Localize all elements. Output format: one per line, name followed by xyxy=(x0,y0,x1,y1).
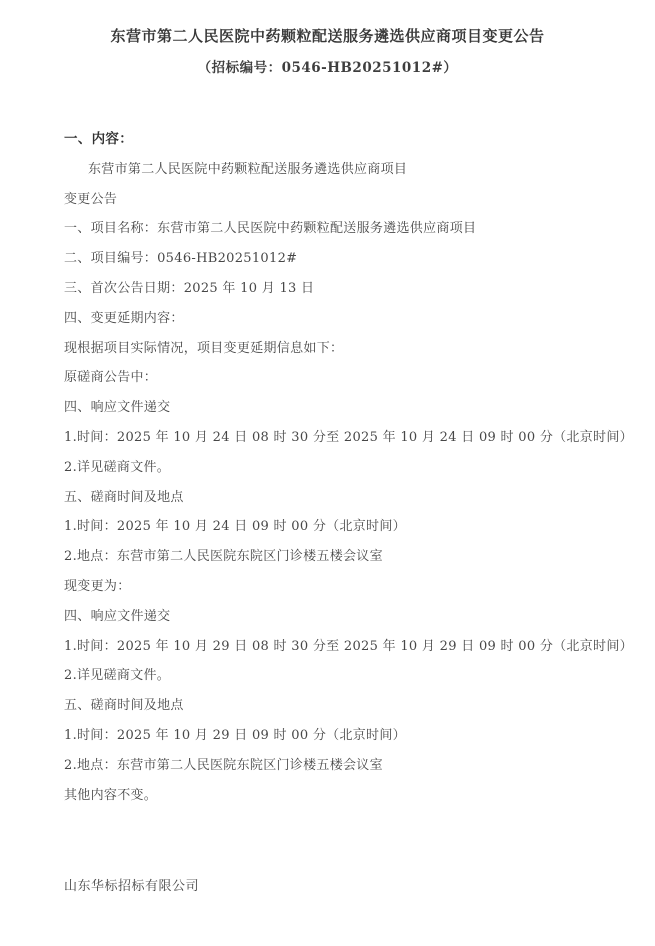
document-line: 东营市第二人民医院中药颗粒配送服务遴选供应商项目 xyxy=(64,155,607,185)
tender-number: （招标编号：0546-HB20251012#） xyxy=(0,58,655,78)
document-body: 一、内容：东营市第二人民医院中药颗粒配送服务遴选供应商项目变更公告一、项目名称：… xyxy=(64,125,607,810)
document-line: 2.详见磋商文件。 xyxy=(64,661,607,691)
document-line: 原磋商公告中： xyxy=(64,363,607,393)
document-line: 现根据项目实际情况，项目变更延期信息如下： xyxy=(64,334,607,364)
footer-company-name: 山东华标招标有限公司 xyxy=(64,877,199,897)
document-line: 变更公告 xyxy=(64,185,607,215)
document-line: 一、项目名称：东营市第二人民医院中药颗粒配送服务遴选供应商项目 xyxy=(64,214,607,244)
document-line: 2.详见磋商文件。 xyxy=(64,453,607,483)
document-line: 四、变更延期内容： xyxy=(64,304,607,334)
document-line: 三、首次公告日期：2025 年 10 月 13 日 xyxy=(64,274,607,304)
document-line: 四、响应文件递交 xyxy=(64,393,607,423)
document-line: 1.时间：2025 年 10 月 24 日 09 时 00 分（北京时间） xyxy=(64,512,607,542)
document-line: 其他内容不变。 xyxy=(64,781,607,811)
document-line: 一、内容： xyxy=(64,125,607,155)
document-title: 东营市第二人民医院中药颗粒配送服务遴选供应商项目变更公告 xyxy=(0,26,655,46)
document-line: 现变更为： xyxy=(64,572,607,602)
document-line: 2.地点：东营市第二人民医院东院区门诊楼五楼会议室 xyxy=(64,542,607,572)
document-line: 1.时间：2025 年 10 月 24 日 08 时 30 分至 2025 年 … xyxy=(64,423,607,453)
document-line: 四、响应文件递交 xyxy=(64,602,607,632)
document-line: 二、项目编号：0546-HB20251012# xyxy=(64,244,607,274)
document-line: 五、磋商时间及地点 xyxy=(64,483,607,513)
document-page: 东营市第二人民医院中药颗粒配送服务遴选供应商项目变更公告 （招标编号：0546-… xyxy=(0,0,655,946)
document-line: 1.时间：2025 年 10 月 29 日 08 时 30 分至 2025 年 … xyxy=(64,632,607,662)
document-line: 2.地点：东营市第二人民医院东院区门诊楼五楼会议室 xyxy=(64,751,607,781)
document-line: 1.时间：2025 年 10 月 29 日 09 时 00 分（北京时间） xyxy=(64,721,607,751)
document-line: 五、磋商时间及地点 xyxy=(64,691,607,721)
